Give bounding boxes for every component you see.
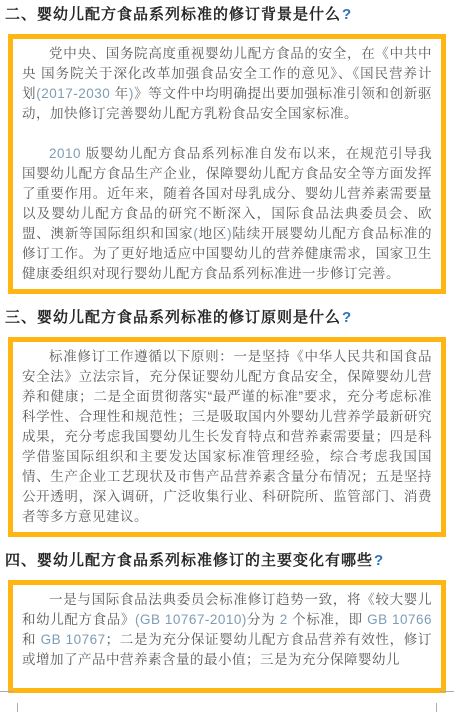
latin-text-run: (2017-2030 [36,86,115,101]
section-heading-changes: 四、婴幼儿配方食品系列标准修订的主要变化有哪些? [5,551,448,570]
section-heading-background: 二、婴幼儿配方食品系列标准的修订背景是什么? [5,5,448,24]
document-content: 二、婴幼儿配方食品系列标准的修订背景是什么? 党中央、国务院高度重视婴幼儿配方食… [0,0,454,693]
heading-question-mark: ? [341,6,352,23]
paragraph: 2010 版婴幼儿配方食品系列标准自发布以来，在规范引导我国婴幼儿配方食品生产企… [22,144,432,284]
page-margin-corner-mark [17,703,18,712]
chinese-text-run: 分为 [247,612,280,627]
latin-text-run: GB 10766 [367,612,432,627]
page-margin-corner-mark [0,691,14,692]
chinese-text-run: 地区 [198,226,227,241]
heading-text: 二、婴幼儿配方食品系列标准的修订背景是什么 [5,6,341,23]
page-margin-corner-mark [436,703,437,712]
highlight-box-changes: 一是与国际食品法典委员会标准修订趋势一致，将《较大婴儿和幼儿配方食品》(GB 1… [8,580,446,693]
section-heading-principles: 三、婴幼儿配方食品系列标准的修订原则是什么? [5,308,448,327]
latin-text-run: 2 [280,612,292,627]
heading-question-mark: ? [341,309,352,326]
chinese-text-run: 年 [115,86,129,101]
highlight-box-background: 党中央、国务院高度重视婴幼儿配方食品的安全，在《中共中央 国务院关于深化改革加强… [8,34,446,294]
heading-text: 三、婴幼儿配方食品系列标准的修订原则是什么 [5,309,341,326]
heading-text: 四、婴幼儿配方食品系列标准修订的主要变化有哪些 [5,552,373,569]
document-page: 二、婴幼儿配方食品系列标准的修订背景是什么? 党中央、国务院高度重视婴幼儿配方食… [0,0,454,712]
latin-text-run: GB 10767 [41,632,106,647]
chinese-text-run: 标准修订工作遵循以下原则：一是坚持《中华人民共和国食品安全法》立法宗旨，充分保证… [22,349,432,524]
chinese-text-run: 和 [22,632,41,647]
heading-question-mark: ? [373,552,384,569]
chinese-text-run: 个标准，即 [292,612,367,627]
latin-text-run: 2010 [49,146,86,161]
latin-text-run: (GB 10767-2010) [135,612,247,627]
paragraph: 党中央、国务院高度重视婴幼儿配方食品的安全，在《中共中央 国务院关于深化改革加强… [22,44,432,124]
paragraph: 一是与国际食品法典委员会标准修订趋势一致，将《较大婴儿和幼儿配方食品》(GB 1… [22,590,432,670]
highlight-box-principles: 标准修订工作遵循以下原则：一是坚持《中华人民共和国食品安全法》立法宗旨，充分保证… [8,337,446,537]
page-margin-corner-mark [440,691,454,692]
paragraph: 标准修订工作遵循以下原则：一是坚持《中华人民共和国食品安全法》立法宗旨，充分保证… [22,347,432,527]
